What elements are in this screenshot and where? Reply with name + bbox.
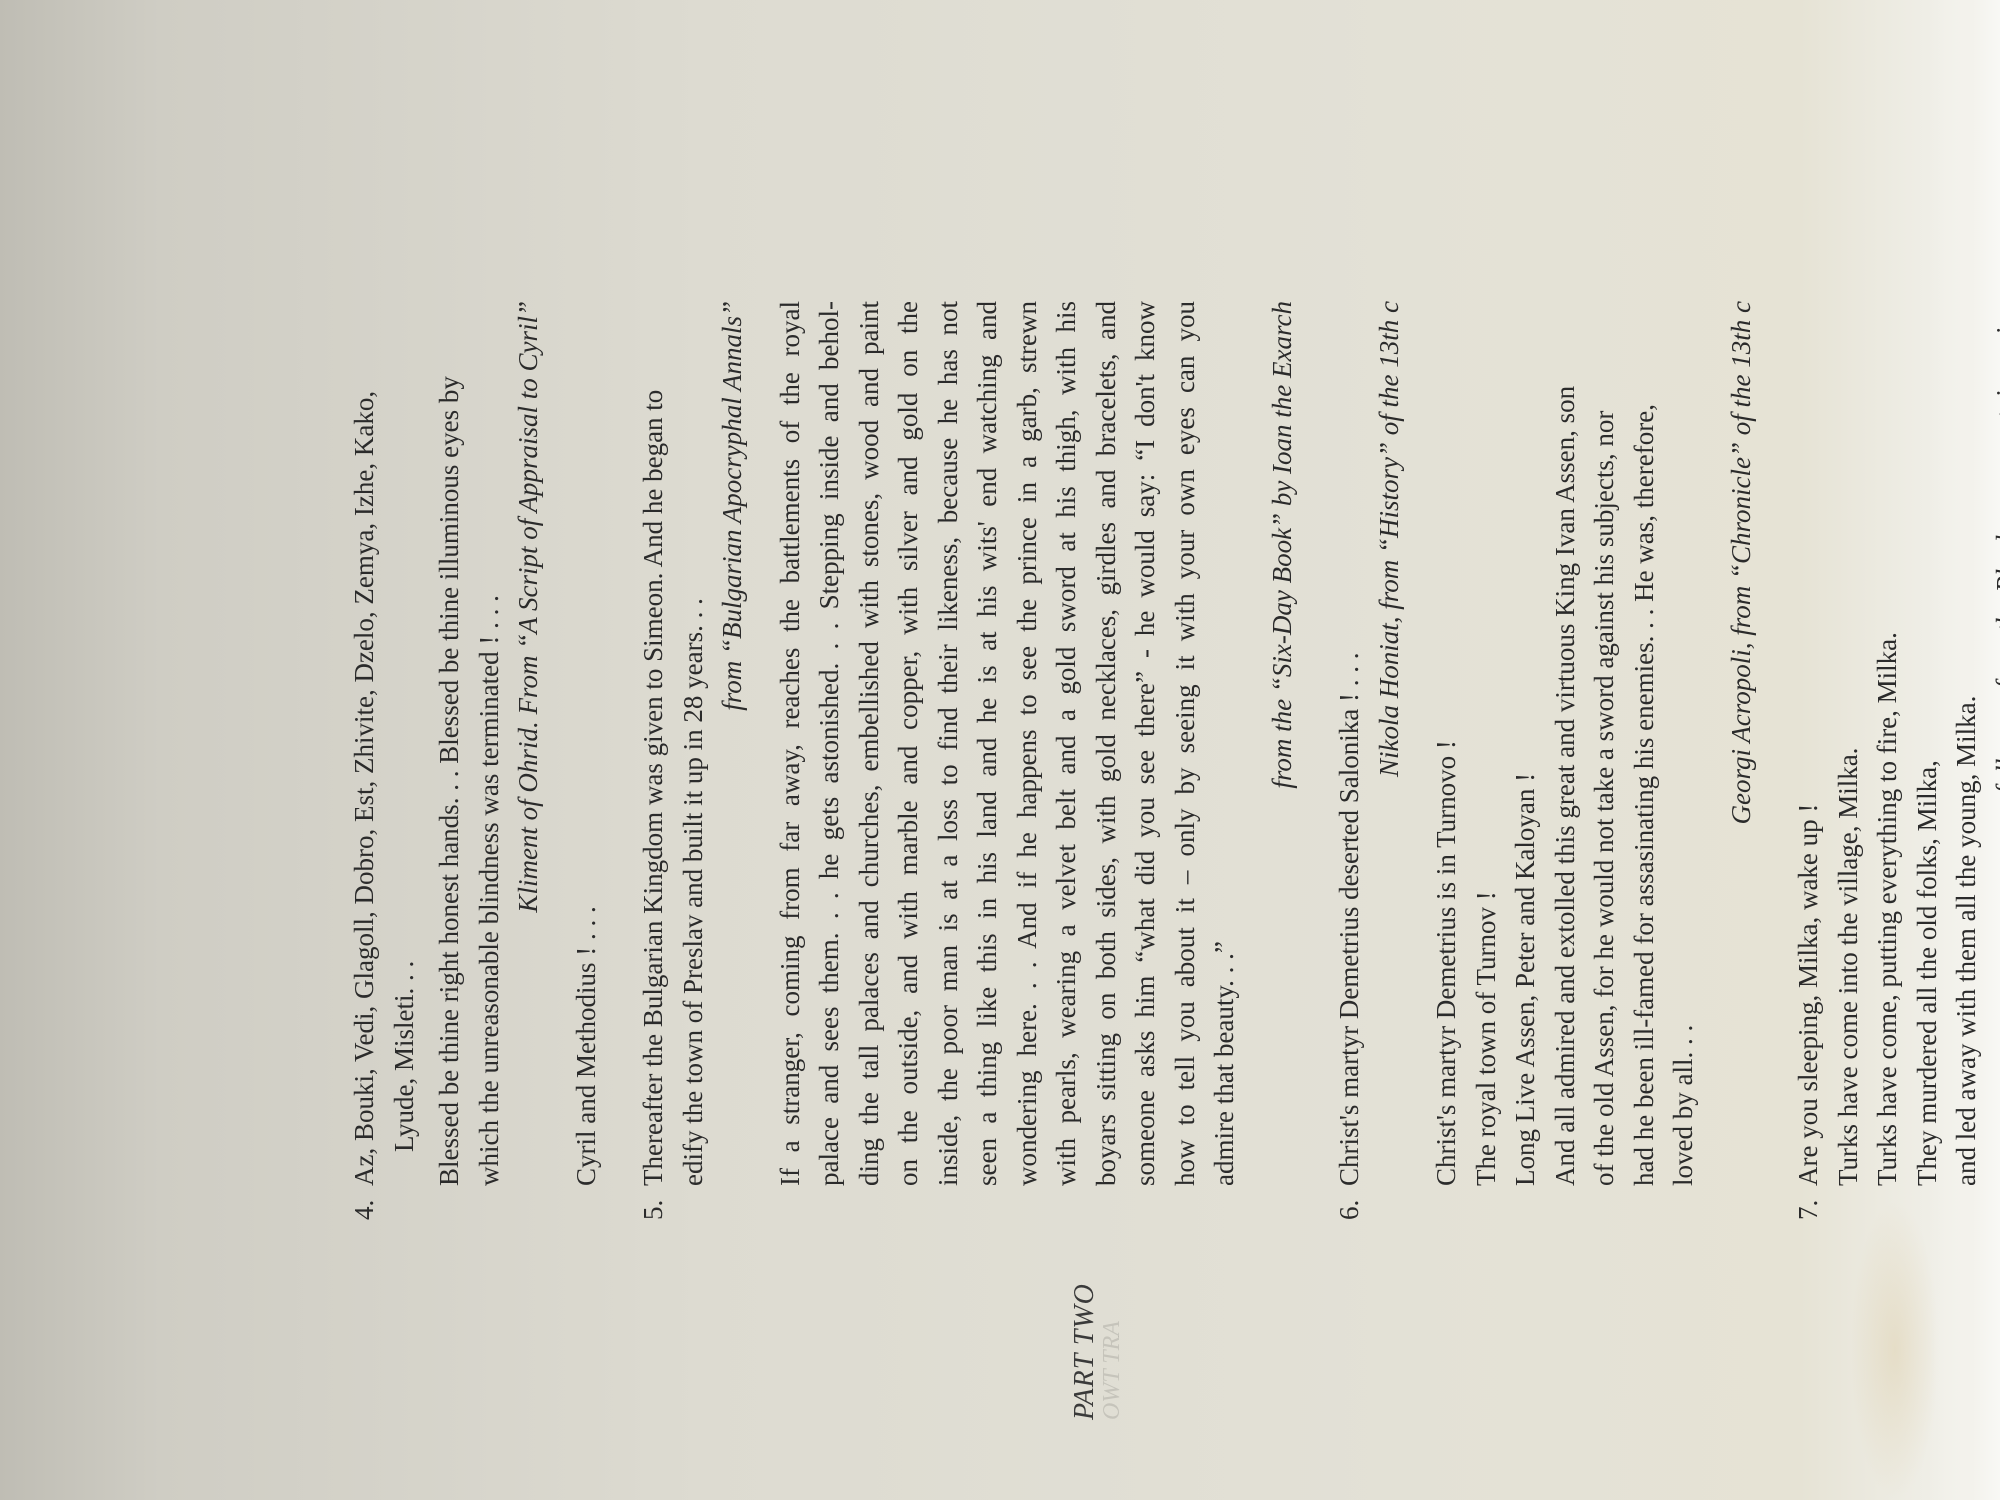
citation: Nikola Honiat, from “History” of the 13t… — [1370, 301, 1410, 1186]
text-line: Cyril and Methodius ! . . . — [567, 120, 607, 1186]
item-7: 7. Are you sleeping, Milka, wake up ! Tu… — [1789, 120, 2000, 1220]
text-line: Az, Bouki, Vedi, Glagoll, Dobro, Est, Zh… — [345, 120, 385, 1186]
prose-line: If a stranger, coming from far away, rea… — [771, 301, 811, 1186]
citation: from “Bulgarian Apocryphal Annals” — [713, 301, 753, 1186]
rotated-page: PART TWO OWT TRA 4. Az, Bouki, Vedi, Gla… — [345, 100, 1805, 1420]
prose-line: seen a thing like this in his land and h… — [968, 301, 1008, 1186]
verse-line: Christ's martyr Demetrius is in Turnovo … — [1427, 120, 1467, 1186]
verse-line: They murdered all the old folks, Milka, — [1908, 120, 1948, 1186]
verse-line: of the old Assen, for he would not take … — [1585, 120, 1625, 1186]
verse-line: And all admired and extolled this great … — [1546, 120, 1586, 1186]
item-number: 4. — [345, 1200, 385, 1220]
item-number: 7. — [1789, 1200, 1829, 1220]
prose-line: someone asks him “what did you see there… — [1126, 301, 1166, 1186]
item-number: 6. — [1330, 1200, 1370, 1220]
citation: Kliment of Ohrid. From “A Script of Appr… — [509, 301, 549, 1186]
verse-line: had he been ill-famed for assasinating h… — [1625, 120, 1665, 1186]
item-5: 5. Thereafter the Bulgarian Kingdom was … — [634, 120, 1302, 1220]
part-label-bleedthrough: OWT TRA — [1093, 1321, 1133, 1420]
prose-line: admire that beauty. . .” — [1205, 301, 1245, 1186]
prose-line: wondering here. . . And if he happens to… — [1008, 301, 1048, 1186]
verse-line: Long Live Assen, Peter and Kaloyan ! — [1506, 120, 1546, 1186]
citation: a folk song from the Rhodopes mountain r… — [1987, 301, 2000, 1186]
page-content: 4. Az, Bouki, Vedi, Glagoll, Dobro, Est,… — [345, 120, 2000, 1220]
citation: Georgi Acropoli, from “Chronicle” of the… — [1722, 301, 1762, 1186]
verse-line: Turks have come, putting everything to f… — [1868, 120, 1908, 1186]
verse-line: The royal town of Turnov ! — [1467, 120, 1507, 1186]
prose-line: with pearls, wearing a velvet belt and a… — [1047, 301, 1087, 1186]
prose-line: ding the tall palaces and churches, embe… — [850, 301, 890, 1186]
verse-line: and led away with them all the young, Mi… — [1947, 120, 1987, 1186]
citation: from the “Six-Day Book” by Ioan the Exar… — [1263, 301, 1303, 1186]
item-4: 4. Az, Bouki, Vedi, Glagoll, Dobro, Est,… — [345, 120, 606, 1220]
prose-line: on the outside, and with marble and copp… — [889, 301, 929, 1186]
prose-line: palace and sees them. . . he gets astoni… — [810, 301, 850, 1186]
paper-stain — [1850, 1200, 1940, 1500]
prose-line: boyars sitting on both sides, with gold … — [1087, 301, 1127, 1186]
text-line: which the unreasonable blindness was ter… — [470, 120, 510, 1186]
verse-line: Turks have come into the village, Milka. — [1829, 120, 1869, 1186]
item-6: 6. Christ's martyr Demetrius deserted Sa… — [1330, 120, 1761, 1220]
verse-line: Are you sleeping, Milka, wake up ! — [1789, 120, 1829, 1186]
prose-line: inside, the poor man is at a loss to fin… — [929, 301, 969, 1186]
text-line: edify the town of Preslav and built it u… — [674, 120, 714, 1186]
text-line: Thereafter the Bulgarian Kingdom was giv… — [634, 120, 674, 1186]
item-number: 5. — [634, 1200, 674, 1220]
text-line: Blessed be thine right honest hands. . .… — [430, 120, 470, 1186]
text-line: Christ's martyr Demetrius deserted Salon… — [1330, 120, 1370, 1186]
prose-block: If a stranger, coming from far away, rea… — [771, 120, 1245, 1186]
text-line: Lyude, Misleti. . . — [385, 120, 425, 1186]
prose-line: how to tell you about it – only by seein… — [1166, 301, 1206, 1186]
verse-line: loved by all. . . — [1664, 120, 1704, 1186]
